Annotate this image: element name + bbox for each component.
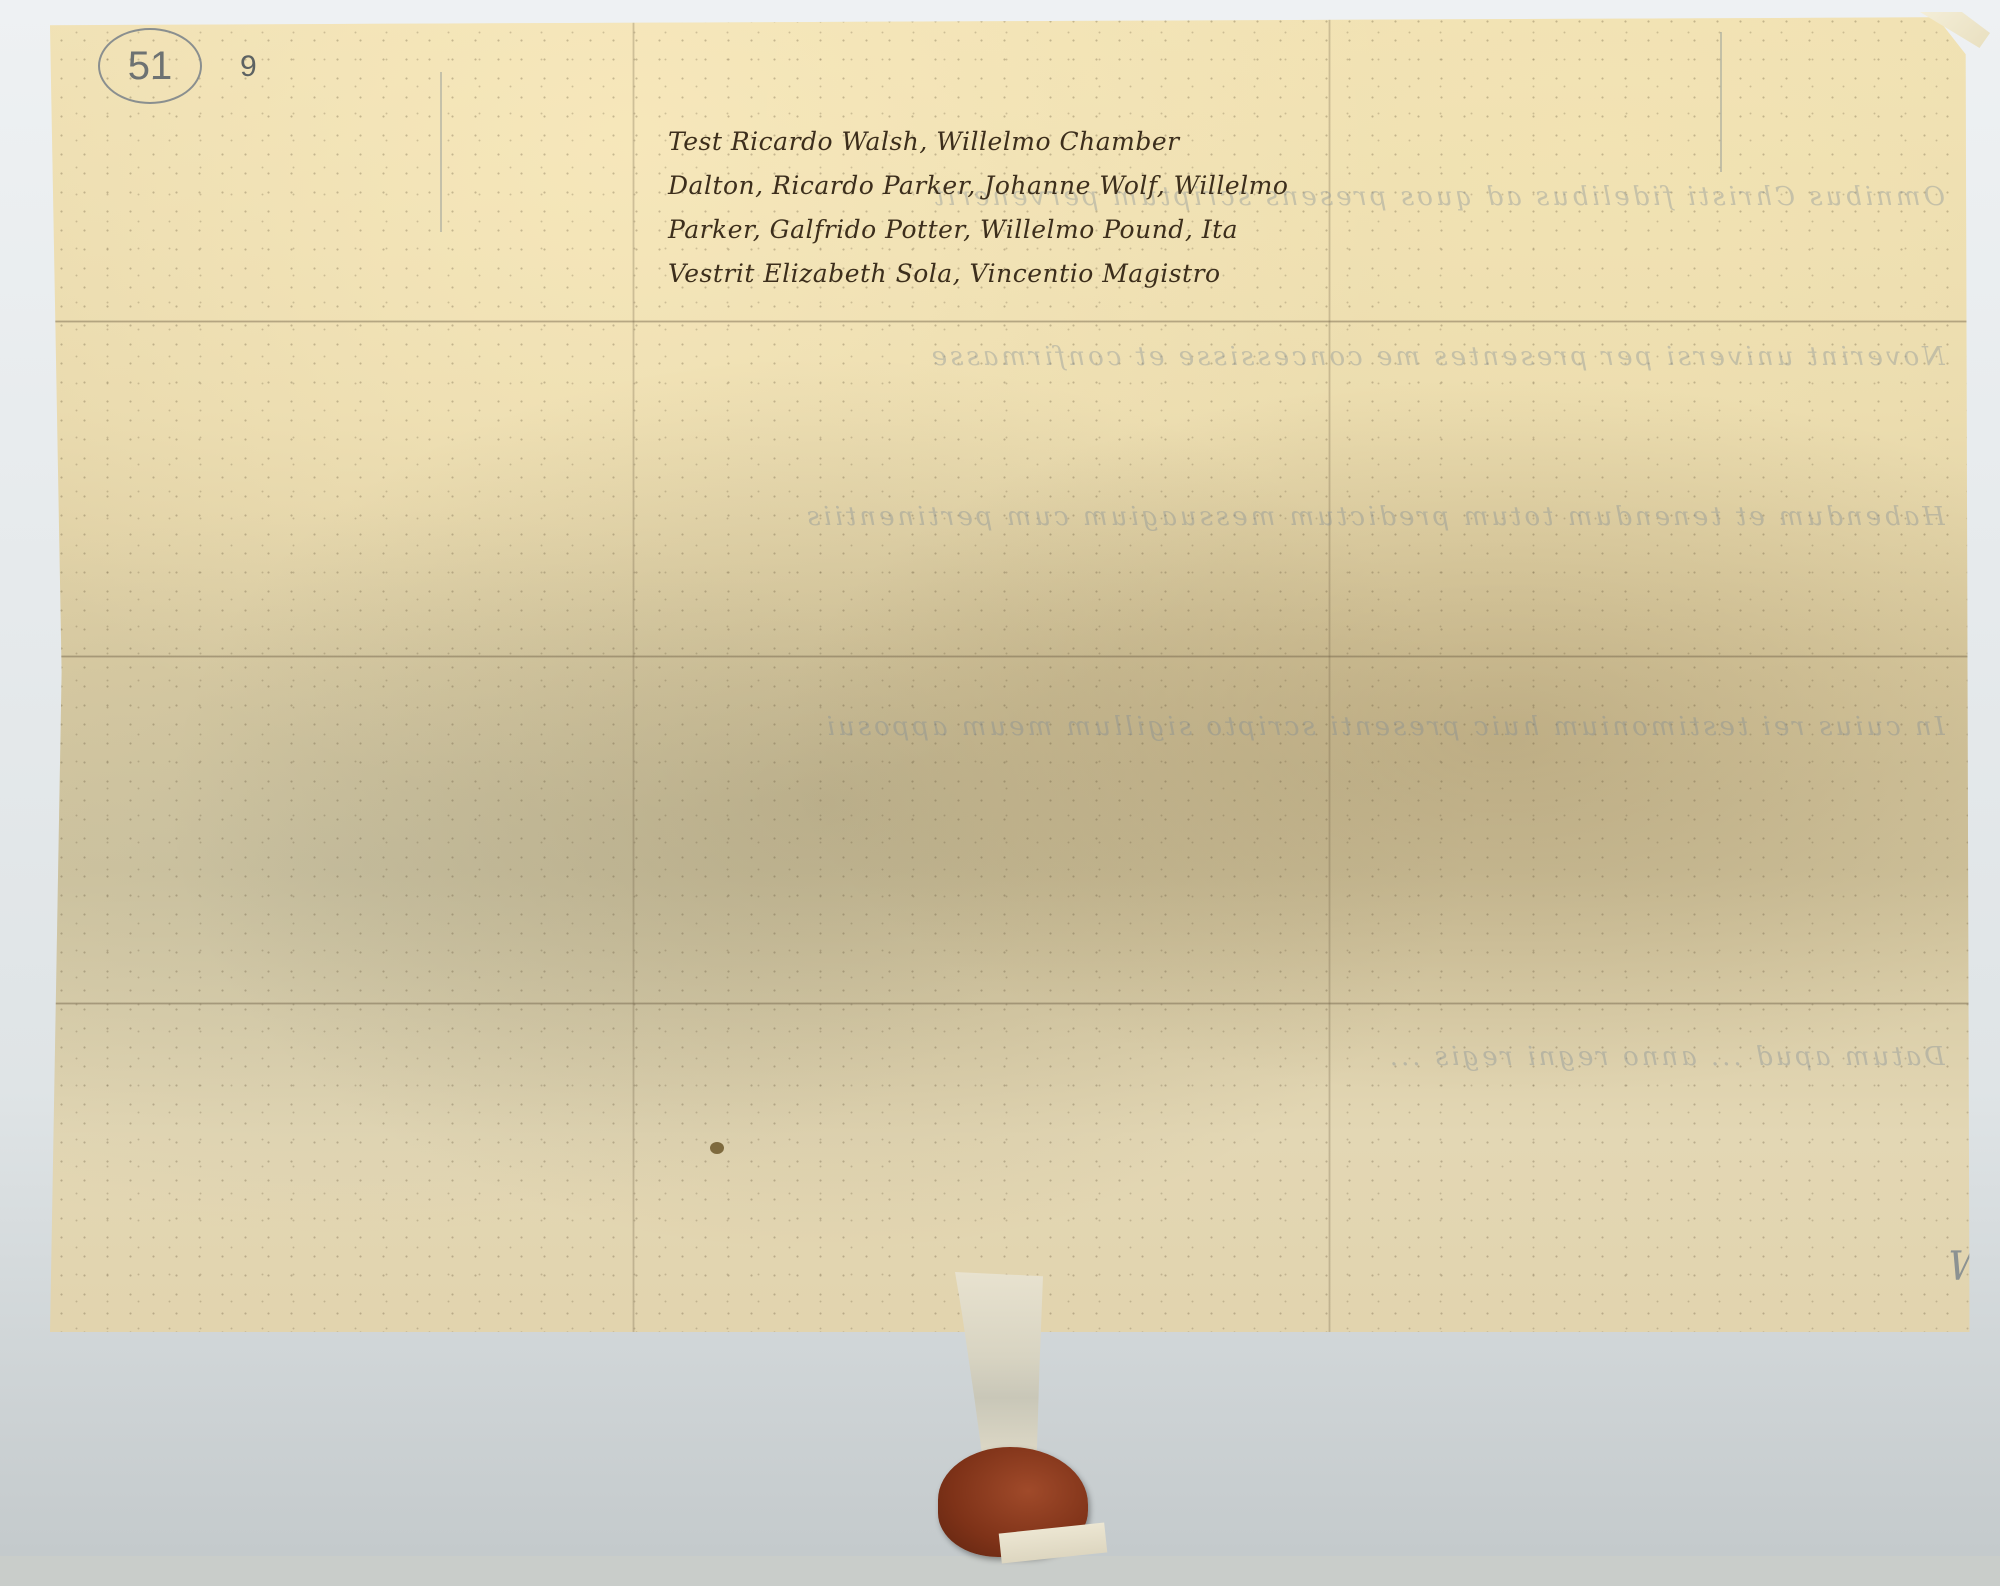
endorsement-line: Test Ricardo Walsh, Willelmo Chamber: [668, 120, 1208, 164]
fold-line-horizontal-middle: [50, 655, 1985, 658]
archive-number-circled: 51: [98, 28, 202, 104]
parchment-sheet: Omnibus Christi fidelibus ad quos presen…: [50, 12, 1985, 1332]
endorsement-line: Dalton, Ricardo Parker, Johanne Wolf, Wi…: [668, 164, 1208, 208]
ink-stain: [710, 1142, 724, 1154]
show-through-line: Habendum et tenendum totum predictum mes…: [90, 502, 1945, 532]
endorsement-line: Parker, Galfrido Potter, Willelmo Pound,…: [668, 208, 1208, 252]
show-through-stroke: [1720, 32, 1722, 172]
scanner-bottom-band: [0, 1556, 2000, 1586]
fold-line-horizontal-upper: [50, 320, 1985, 323]
show-through-line: Datum apud ... anno regni regis ...: [90, 1042, 1945, 1072]
show-through-stroke: [440, 72, 442, 232]
show-through-line: In cuius rei testimonium huic presenti s…: [90, 712, 1945, 742]
folio-mark: 9: [240, 50, 257, 84]
fold-line-horizontal-lower: [50, 1002, 1985, 1005]
witness-endorsement: Test Ricardo Walsh, Willelmo Chamber Dal…: [668, 120, 1208, 296]
endorsement-line: Vestrit Elizabeth Sola, Vincentio Magist…: [668, 252, 1208, 296]
show-through-line: Noverint universi per presentes me conce…: [90, 342, 1945, 372]
